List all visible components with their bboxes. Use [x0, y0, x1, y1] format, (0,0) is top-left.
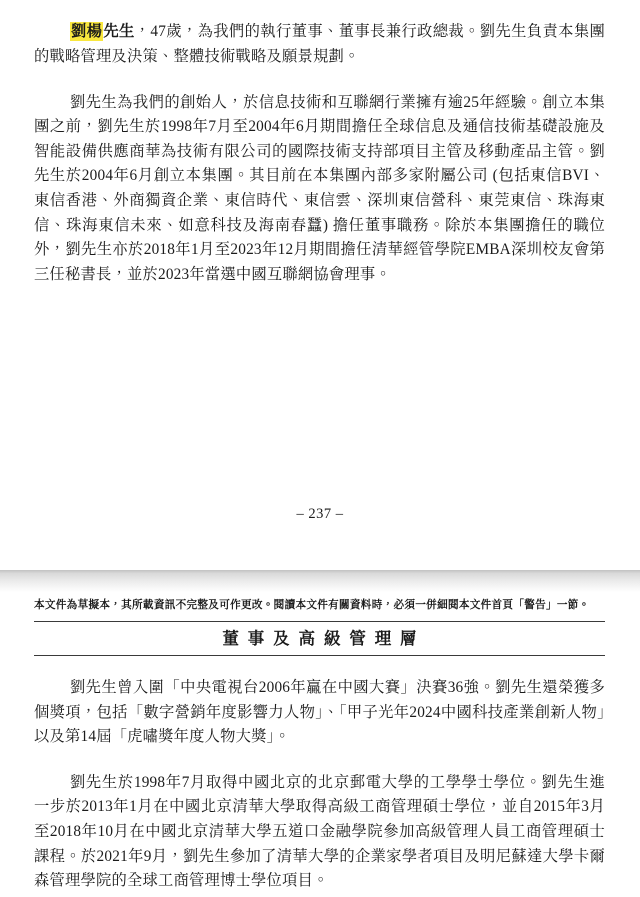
- paragraph-education: 劉先生於1998年7月取得中國北京的北京郵電大學的工學學士學位。劉先生進一步於2…: [34, 771, 605, 894]
- paragraph-director-bio: 劉楊先生，47歲，為我們的執行董事、董事長兼行政總裁。劉先生負責本集團的戰略管理…: [34, 20, 605, 69]
- page-number: – 237 –: [0, 506, 640, 523]
- section-title: 董事及高級管理層: [34, 628, 605, 650]
- name-suffix-bold: 先生: [103, 23, 134, 40]
- page-237: 劉楊先生，47歲，為我們的執行董事、董事長兼行政總裁。劉先生負責本集團的戰略管理…: [0, 0, 640, 570]
- header-divider-bottom: [34, 655, 605, 656]
- paragraph-founder-career: 劉先生為我們的創始人，於信息技術和互聯網行業擁有逾25年經驗。創立本集團之前，劉…: [34, 91, 605, 288]
- highlighted-name: 劉楊: [70, 22, 103, 41]
- draft-disclaimer-text: 本文件為草擬本，其所載資訊不完整及可作更改。閱讀本文件有關資料時，必須一併細閱本…: [34, 599, 605, 612]
- header-divider-top: [34, 621, 605, 622]
- page-gap-divider: [0, 570, 640, 592]
- paragraph-awards: 劉先生曾入圍「中央電視台2006年贏在中國大賽」決賽36強。劉先生還榮獲多個獎項…: [34, 676, 605, 750]
- page-238: 本文件為草擬本，其所載資訊不完整及可作更改。閱讀本文件有關資料時，必須一併細閱本…: [0, 592, 640, 897]
- document-viewport: 劉楊先生，47歲，為我們的執行董事、董事長兼行政總裁。劉先生負責本集團的戰略管理…: [0, 0, 640, 897]
